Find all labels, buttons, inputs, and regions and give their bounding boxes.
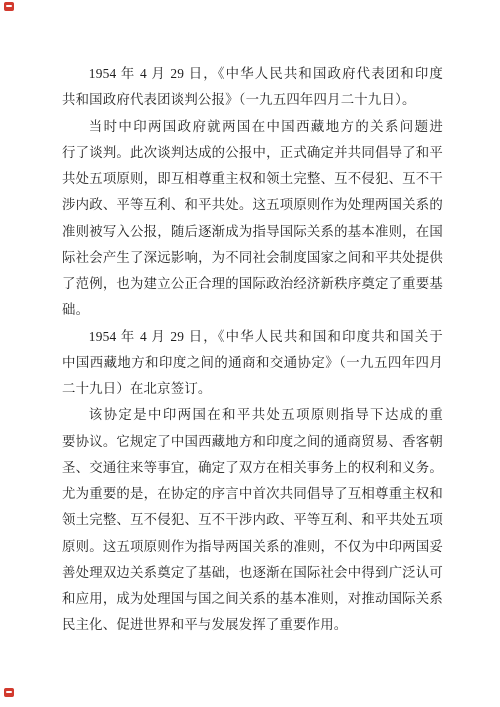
red-corner-mark-top-detail [6,5,12,7]
paragraph-1: 1954 年 4 月 29 日，《中华人民共和国政府代表团和印度 共和国政府代表… [62,61,443,114]
document-line: 要协议。它规定了中国西藏地方和印度之间的通商贸易、香客朝 [62,429,443,455]
document-line: 共处五项原则，即互相尊重主权和领土完整、互不侵犯、互不干 [62,166,443,192]
paragraph-3: 1954 年 4 月 29 日，《中华人民共和国和印度共和国关于 中国西藏地方和… [62,324,443,403]
red-corner-mark-bottom [4,688,14,697]
document-line: 了范例，也为建立公正合理的国际政治经济新秩序奠定了重要基 [62,271,443,297]
document-line: 和应用，成为处理国与国之间关系的基本准则，对推动国际关系 [62,586,443,612]
document-line: 际社会产生了深远影响，为不同社会制度国家之间和平共处提供 [62,245,443,271]
document-line: 该协定是中印两国在和平共处五项原则指导下达成的重 [62,402,443,428]
document-line: 民主化、促进世界和平与发展发挥了重要作用。 [62,612,443,638]
document-line: 原则。这五项原则作为指导两国关系的准则，不仅为中印两国妥 [62,534,443,560]
document-line: 领土完整、互不侵犯、互不干涉内政、平等互利、和平共处五项 [62,507,443,533]
document-line: 中国西藏地方和印度之间的通商和交通协定》（一九五四年四月 [62,350,443,376]
document-line: 行了谈判。此次谈判达成的公报中，正式确定并共同倡导了和平 [62,140,443,166]
document-line: 二十九日）在北京签订。 [62,376,443,402]
document-line: 善处理双边关系奠定了基础，也逐渐在国际社会中得到广泛认可 [62,560,443,586]
paragraph-2: 当时中印两国政府就两国在中国西藏地方的关系问题进 行了谈判。此次谈判达成的公报中… [62,114,443,324]
document-line: 础。 [62,297,443,323]
document-line: 准则被写入公报，随后逐渐成为指导国际关系的基本准则，在国 [62,219,443,245]
document-line: 1954 年 4 月 29 日，《中华人民共和国政府代表团和印度 [62,61,443,87]
red-corner-mark-top [4,2,14,11]
document-line: 涉内政、平等互利、和平共处。这五项原则作为处理两国关系的 [62,192,443,218]
paragraph-4: 该协定是中印两国在和平共处五项原则指导下达成的重 要协议。它规定了中国西藏地方和… [62,402,443,638]
document-line: 共和国政府代表团谈判公报》（一九五四年四月二十九日）。 [62,87,443,113]
red-corner-mark-bottom-detail [6,691,12,693]
document-line: 尤为重要的是，在协定的序言中首次共同倡导了互相尊重主权和 [62,481,443,507]
document-page: 1954 年 4 月 29 日，《中华人民共和国政府代表团和印度 共和国政府代表… [0,0,500,707]
document-line: 1954 年 4 月 29 日，《中华人民共和国和印度共和国关于 [62,324,443,350]
document-line: 圣、交通往来等事宜，确定了双方在相关事务上的权利和义务。 [62,455,443,481]
document-line: 当时中印两国政府就两国在中国西藏地方的关系问题进 [62,114,443,140]
document-body: 1954 年 4 月 29 日，《中华人民共和国政府代表团和印度 共和国政府代表… [62,61,443,639]
